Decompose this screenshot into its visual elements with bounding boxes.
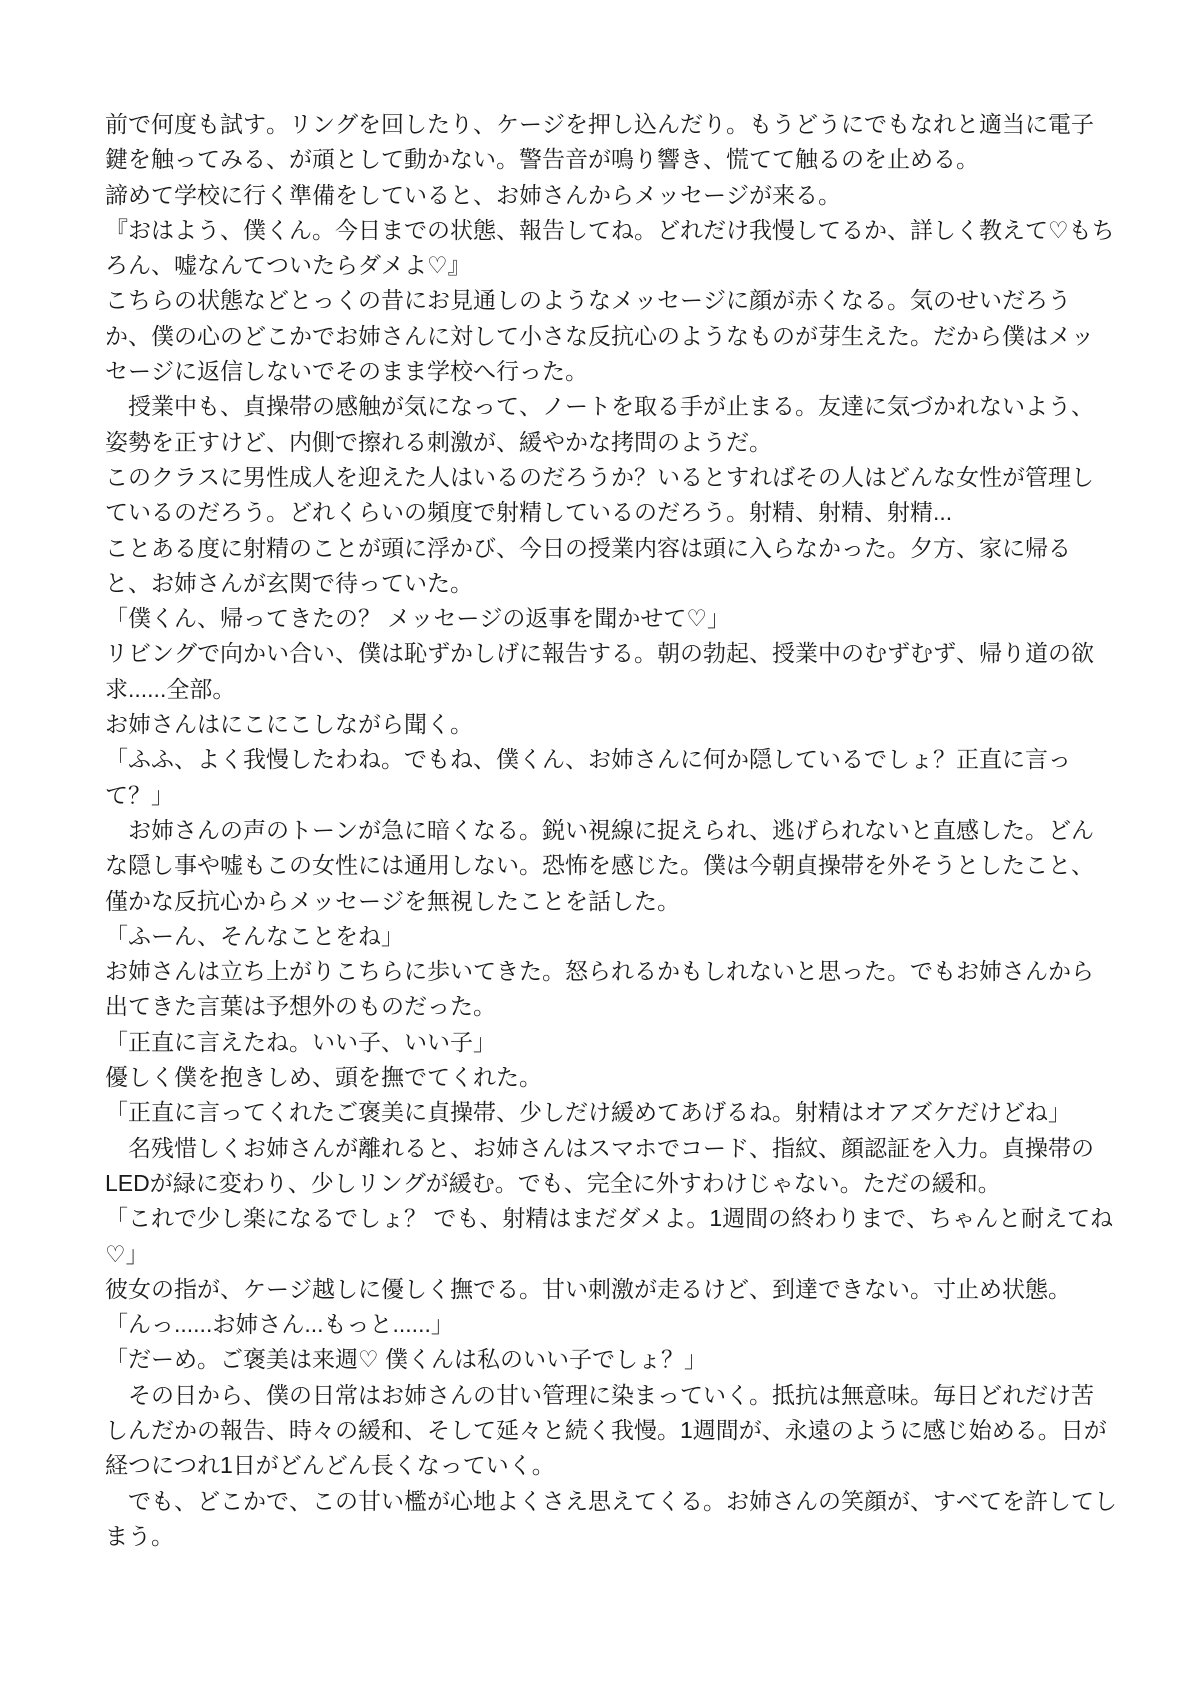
- text-line: 経つにつれ1日がどんどん長くなっていく。: [105, 1448, 1100, 1483]
- text-line: セージに返信しないでそのまま学校へ行った。: [105, 354, 1100, 389]
- text-line: ♡」: [105, 1237, 1100, 1272]
- text-line: か、僕の心のどこかでお姉さんに対して小さな反抗心のようなものが芽生えた。だから僕…: [105, 319, 1100, 354]
- text-line: こちらの状態などとっくの昔にお見通しのようなメッセージに顔が赤くなる。気のせいだ…: [105, 283, 1100, 318]
- text-line: ろん、嘘なんてついたらダメよ♡』: [105, 248, 1100, 283]
- text-line: 「んっ......お姉さん...もっと......」: [105, 1307, 1100, 1342]
- text-block: 前で何度も試す。リングを回したり、ケージを押し込んだり。もうどうにでもなれと適当…: [105, 107, 1100, 1554]
- text-line: 授業中も、貞操帯の感触が気になって、ノートを取る手が止まる。友達に気づかれないよ…: [105, 389, 1100, 424]
- text-line: 姿勢を正すけど、内側で擦れる刺激が、緩やかな拷問のようだ。: [105, 425, 1100, 460]
- text-line: と、お姉さんが玄関で待っていた。: [105, 566, 1100, 601]
- document-page: 前で何度も試す。リングを回したり、ケージを押し込んだり。もうどうにでもなれと適当…: [0, 0, 1190, 1683]
- text-line: お姉さんの声のトーンが急に暗くなる。鋭い視線に捉えられ、逃げられないと直感した。…: [105, 813, 1100, 848]
- text-line: 僅かな反抗心からメッセージを無視したことを話した。: [105, 884, 1100, 919]
- text-line: お姉さんはにこにこしながら聞く。: [105, 707, 1100, 742]
- text-line: 諦めて学校に行く準備をしていると、お姉さんからメッセージが来る。: [105, 178, 1100, 213]
- text-line: リビングで向かい合い、僕は恥ずかしげに報告する。朝の勃起、授業中のむずむず、帰り…: [105, 636, 1100, 671]
- text-line: 優しく僕を抱きしめ、頭を撫でてくれた。: [105, 1060, 1100, 1095]
- text-line: 求......全部。: [105, 672, 1100, 707]
- text-line: て？」: [105, 778, 1100, 813]
- text-line: 「正直に言ってくれたご褒美に貞操帯、少しだけ緩めてあげるね。射精はオアズケだけど…: [105, 1095, 1100, 1130]
- text-line: お姉さんは立ち上がりこちらに歩いてきた。怒られるかもしれないと思った。でもお姉さ…: [105, 954, 1100, 989]
- text-line: ているのだろう。どれくらいの頻度で射精しているのだろう。射精、射精、射精...: [105, 495, 1100, 530]
- text-line: しんだかの報告、時々の緩和、そして延々と続く我慢。1週間が、永遠のように感じ始め…: [105, 1413, 1100, 1448]
- text-line: 名残惜しくお姉さんが離れると、お姉さんはスマホでコード、指紋、顔認証を入力。貞操…: [105, 1131, 1100, 1166]
- text-line: 「ふふ、よく我慢したわね。でもね、僕くん、お姉さんに何か隠しているでしょ？正直に…: [105, 742, 1100, 777]
- text-line: このクラスに男性成人を迎えた人はいるのだろうか？いるとすればその人はどんな女性が…: [105, 460, 1100, 495]
- text-line: 「だーめ。ご褒美は来週♡ 僕くんは私のいい子でしょ？」: [105, 1342, 1100, 1377]
- text-line: 鍵を触ってみる、が頑として動かない。警告音が鳴り響き、慌てて触るのを止める。: [105, 142, 1100, 177]
- text-line: でも、どこかで、この甘い檻が心地よくさえ思えてくる。お姉さんの笑顔が、すべてを許…: [105, 1484, 1100, 1519]
- text-line: ことある度に射精のことが頭に浮かび、今日の授業内容は頭に入らなかった。夕方、家に…: [105, 531, 1100, 566]
- text-line: 「僕くん、帰ってきたの？ メッセージの返事を聞かせて♡」: [105, 601, 1100, 636]
- text-line: 「これで少し楽になるでしょ？ でも、射精はまだダメよ。1週間の終わりまで、ちゃん…: [105, 1201, 1100, 1236]
- text-line: LEDが緑に変わり、少しリングが緩む。でも、完全に外すわけじゃない。ただの緩和。: [105, 1166, 1100, 1201]
- text-line: 『おはよう、僕くん。今日までの状態、報告してね。どれだけ我慢してるか、詳しく教え…: [105, 213, 1100, 248]
- text-line: 出てきた言葉は予想外のものだった。: [105, 989, 1100, 1024]
- text-line: 「正直に言えたね。いい子、いい子」: [105, 1025, 1100, 1060]
- text-line: 彼女の指が、ケージ越しに優しく撫でる。甘い刺激が走るけど、到達できない。寸止め状…: [105, 1272, 1100, 1307]
- text-line: 「ふーん、そんなことをね」: [105, 919, 1100, 954]
- text-line: まう。: [105, 1519, 1100, 1554]
- text-line: その日から、僕の日常はお姉さんの甘い管理に染まっていく。抵抗は無意味。毎日どれだ…: [105, 1378, 1100, 1413]
- text-line: 前で何度も試す。リングを回したり、ケージを押し込んだり。もうどうにでもなれと適当…: [105, 107, 1100, 142]
- text-line: な隠し事や嘘もこの女性には通用しない。恐怖を感じた。僕は今朝貞操帯を外そうとした…: [105, 848, 1100, 883]
